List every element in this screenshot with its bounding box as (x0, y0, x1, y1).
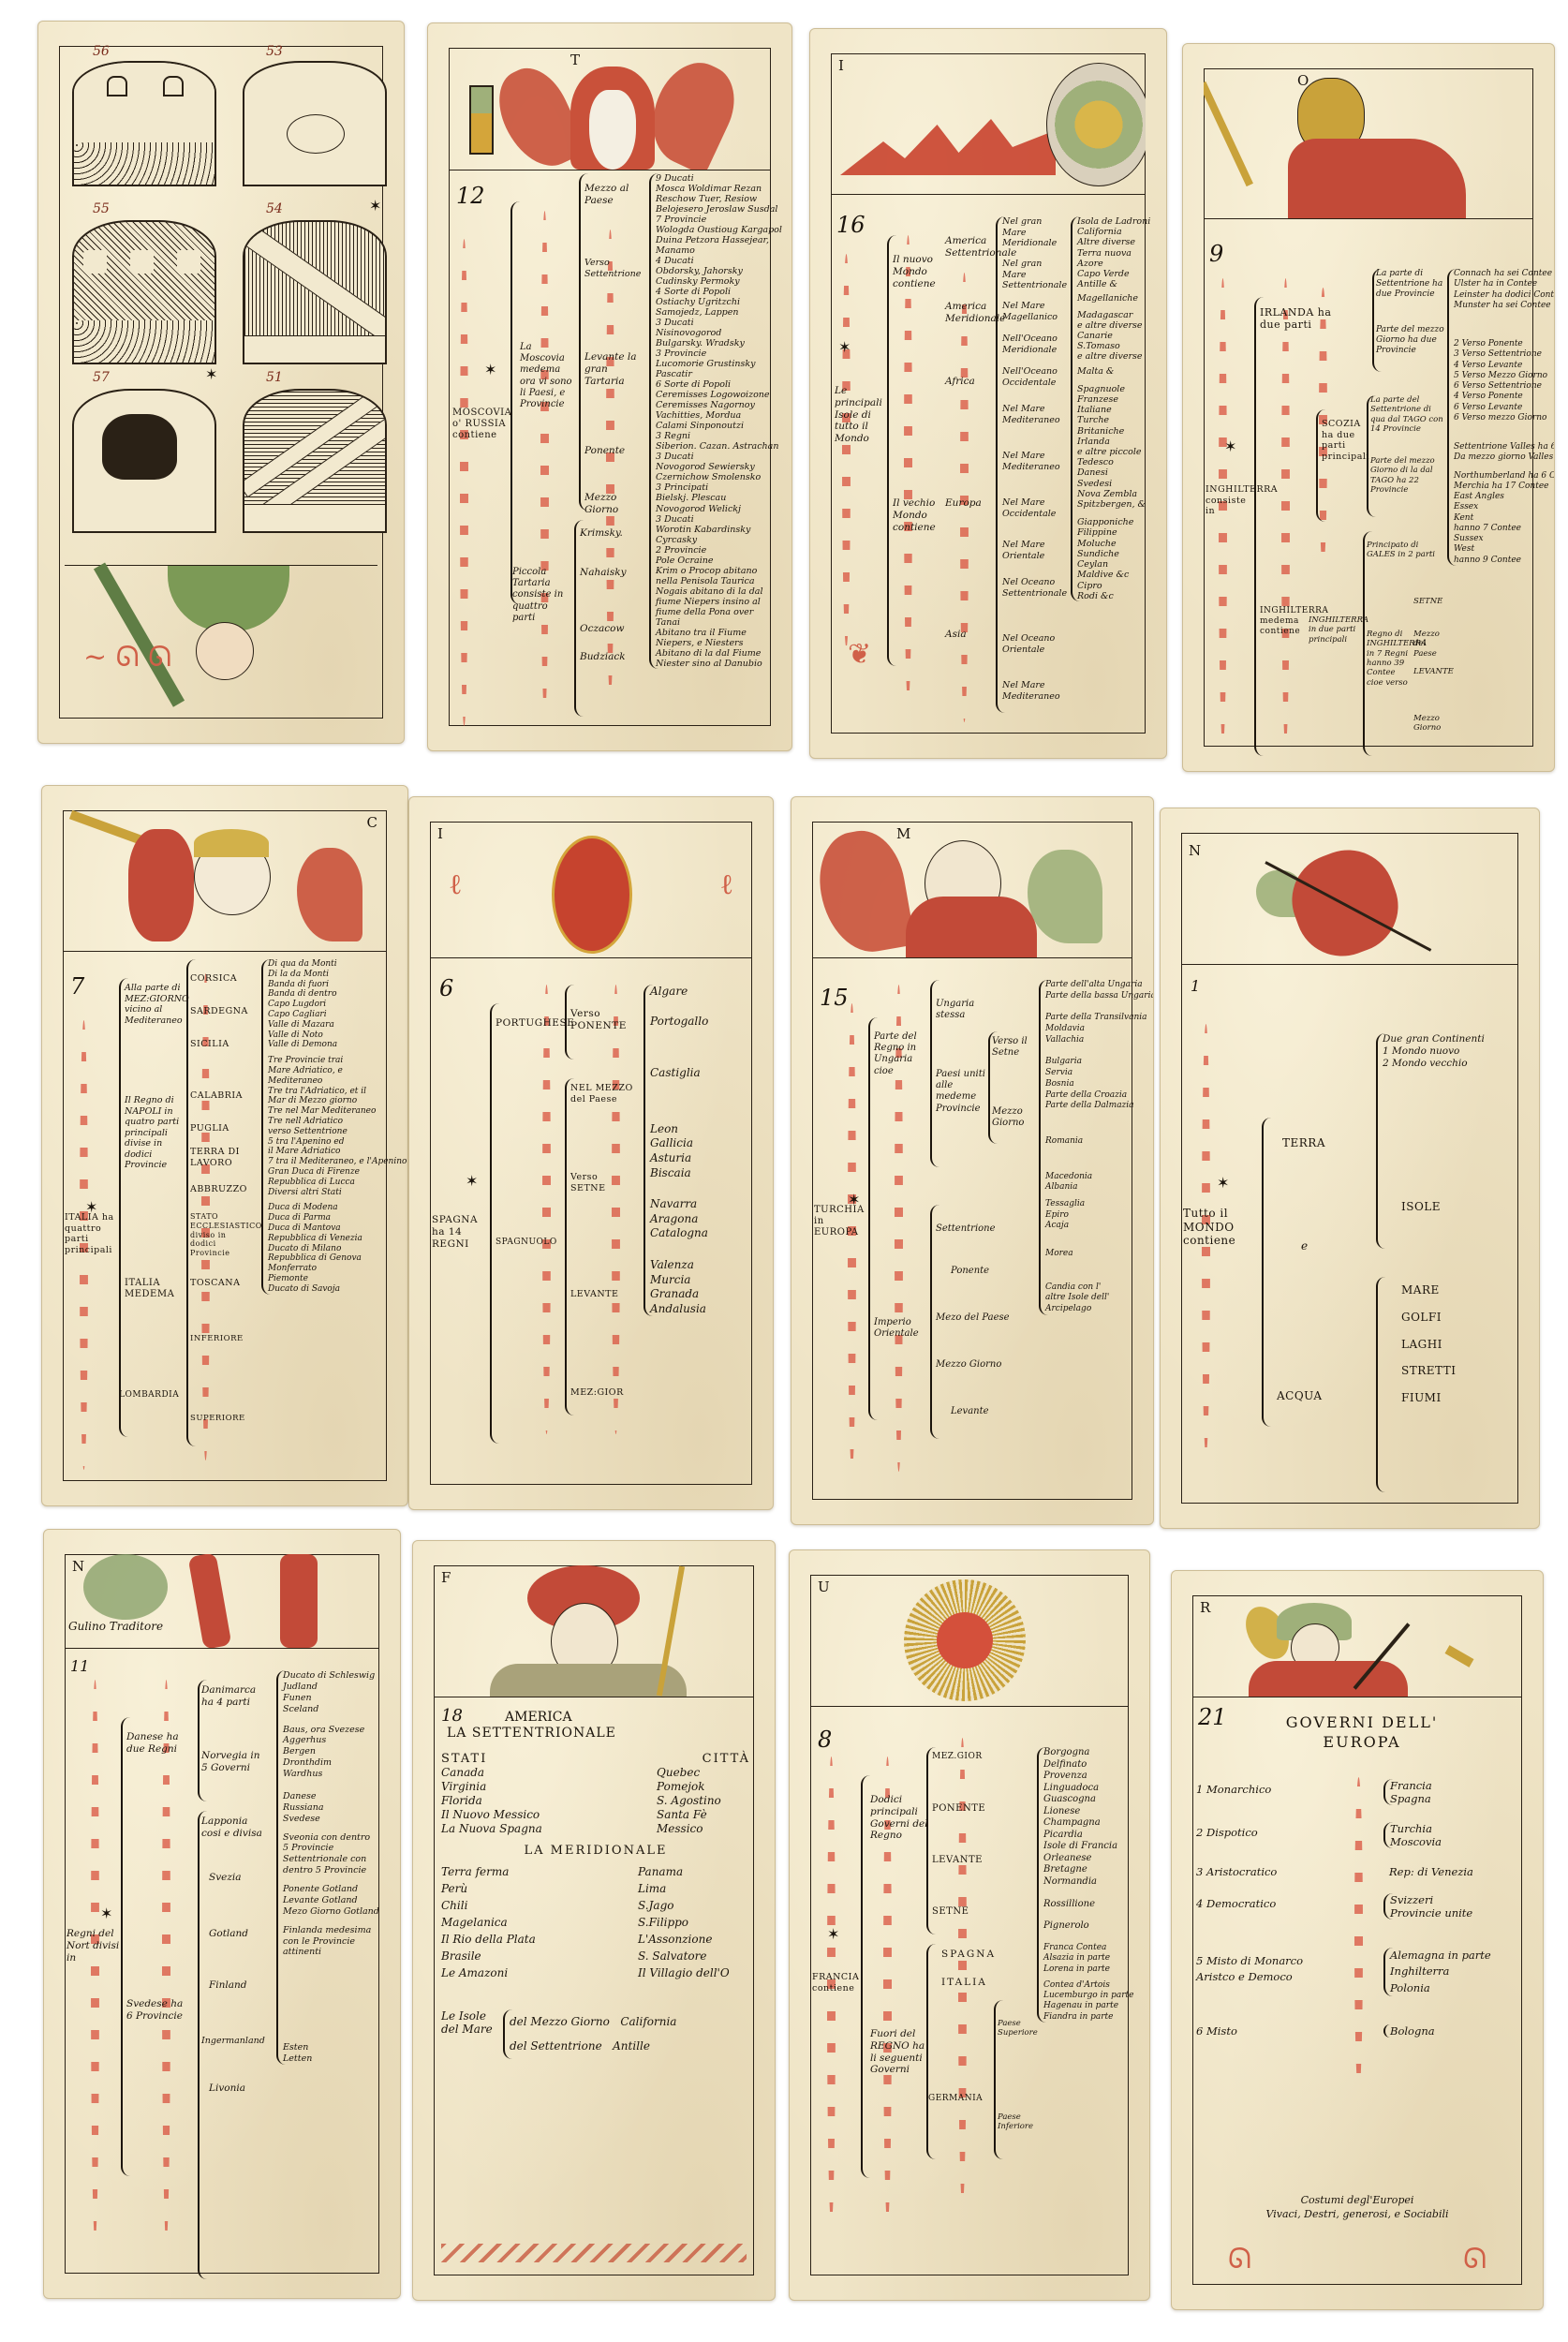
root-label: Tutto il MONDO contiene (1183, 1207, 1258, 1248)
branch-label: America Settentrionale (945, 235, 997, 259)
card-governi[interactable]: R 21 GOVERNI DELL' EUROPA 1 Monarchico F… (1171, 1570, 1544, 2310)
hierarchy-tree: MOSCOVIA o' RUSSIA contiene La Moscovia … (452, 173, 769, 722)
group-label: La Moscovia medema ora vi sono li Paesi,… (520, 342, 576, 410)
shield-towers (72, 61, 216, 186)
group-label: TERRA (1282, 1136, 1325, 1150)
group-label: Svedese ha 6 Provincie (126, 1998, 185, 2023)
card-spagna[interactable]: I ℓ ℓ 6 ✶ SPAGNA ha 14 REGNI PORTUGHESE … (408, 796, 774, 1510)
leaf-list: Parte dell'alta Ungaria Parte della bass… (1039, 980, 1134, 1315)
star-mark: ✶ (205, 365, 217, 383)
hierarchy-tree: SPAGNA ha 14 REGNI PORTUGHESE SPAGNUOLO … (432, 985, 752, 1481)
group-label: Parte del Regno in Ungaria cioe (874, 1031, 930, 1077)
group-label: Dodici principali Governi del Regno (870, 1794, 931, 1842)
card-heraldic[interactable]: 56 53 55 54 ✶ 57 ✶ 51 (37, 21, 405, 744)
wave-border (441, 2244, 747, 2262)
branch-label: Nahaisky (580, 567, 627, 579)
branch-label: Ponente (584, 445, 641, 457)
card-illustration: M (812, 822, 1132, 958)
group-label: Fuori del REGNO ha li seguenti Governi (870, 2028, 931, 2076)
card-illustration: N (1181, 833, 1518, 965)
leaf-list: Borgogna Delfinato Provenza Linguadoca G… (1037, 1747, 1137, 2023)
shield-grid: 56 53 55 54 ✶ 57 ✶ 51 (65, 52, 377, 557)
group-label: Il nuovo Mondo contiene (893, 254, 945, 289)
root-label: TURCHIA in EUROPA (814, 1205, 866, 1239)
group-label: Il vechio Mondo contiene (893, 497, 945, 533)
branch-label: Oczacow (580, 623, 624, 635)
shield-number: 51 (266, 370, 283, 385)
card-letter: M (896, 825, 910, 842)
leaf-list: Ducato di Schleswig Judland Funen Scelan… (276, 1670, 386, 2065)
branch-label: Levante la gran Tartaria (584, 351, 641, 387)
title: AMERICA (505, 1710, 572, 1725)
shield-number: 57 (93, 370, 110, 385)
card-number: 9 (1209, 241, 1223, 267)
shield-elephant (72, 389, 216, 533)
card-letter: N (1189, 842, 1201, 859)
branch-label: Mezzo al Paese (584, 183, 641, 207)
hierarchy-tree: TURCHIA in EUROPA Parte del Regno in Ung… (814, 980, 1132, 1496)
root-label: FRANCIA contiene (812, 1972, 859, 1994)
card-illustration: I ℓ ℓ (430, 822, 752, 958)
card-illustration: O (1204, 68, 1533, 219)
card-illustration: I (831, 53, 1146, 195)
shield-tree (243, 61, 387, 186)
card-letter: R (1200, 1599, 1210, 1616)
star-mark: ✶ (369, 197, 381, 215)
shield-battlements (72, 220, 216, 364)
hierarchy-tree: INGHILTERRA consiste in IRLANDA ha due p… (1206, 269, 1533, 743)
caption: Gulino Traditore (68, 1620, 163, 1633)
leaf-list: Due gran Continenti 1 Mondo nuovo 2 Mond… (1376, 1033, 1495, 1249)
branch-label: America Meridionale (945, 301, 997, 325)
branch-label: Mezzo Giorno (584, 492, 641, 516)
card-turchia[interactable]: M 15 ✶ TURCHIA in EUROPA Parte del Regno… (791, 796, 1154, 1525)
card-illustration: C (63, 810, 387, 952)
hierarchy-tree: Tutto il MONDO contiene TERRA e ACQUA Du… (1183, 996, 1518, 1500)
col-states-header: STATI (441, 1752, 487, 1766)
group-label: PORTUGHESE (496, 1017, 566, 1030)
leaf-list: Isola de Ladroni California Altre divers… (1071, 216, 1157, 601)
moon-face (552, 836, 632, 954)
branch-label: Verso Settentrione (584, 258, 645, 279)
subtitle: LA SETTENTRIONALE (447, 1726, 750, 1741)
card-letter: F (441, 1569, 451, 1586)
group-label: IRLANDA ha due parti (1260, 306, 1335, 332)
hierarchy-tree: Regni del Nort divisi in Danese ha due R… (67, 1670, 379, 2270)
connector-label: e (1301, 1239, 1309, 1253)
root-label: Regni del Nort divisi in (67, 1928, 121, 1964)
root-label: Le principali Isole di tutto il Mondo (835, 385, 887, 445)
branch-label: Africa (945, 376, 975, 388)
hierarchy-tree: FRANCIA contiene Dodici principali Gover… (812, 1738, 1129, 2272)
branch-label: Europa (945, 497, 982, 510)
card-illustration: N Gulino Traditore (65, 1554, 379, 1649)
card-francia[interactable]: U 8 ✶ FRANCIA contiene Dodici principali… (789, 1549, 1150, 2301)
leaf-list: Di qua da Monti Di la da Monti Banda di … (261, 959, 390, 1295)
root-label: ITALIA ha quattro parti principali (65, 1212, 119, 1255)
group-label: Il Regno di NAPOLI in quatro parti princ… (125, 1095, 183, 1171)
card-letter: I (437, 825, 443, 842)
group-label: Piccola Tartaria consiste in quattro par… (512, 567, 572, 624)
card-letter: I (838, 57, 844, 74)
card-illustration: U (810, 1575, 1129, 1707)
shield-number: 54 (266, 201, 283, 216)
costumi-footer: Costumi degl'Europei Vivaci, Destri, gen… (1200, 2194, 1515, 2222)
card-illustration: R (1192, 1595, 1522, 1697)
leaf-list: MARE GOLFI LAGHI STRETTI FIUMI (1376, 1277, 1495, 1492)
col-cities-header: CITTÀ (703, 1752, 750, 1766)
card-america[interactable]: F 18 AMERICA LA SETTENTRIONALE STATI CIT… (412, 1540, 776, 2301)
card-isole[interactable]: I 16 ✶ Le principali Isole di tutto il M… (809, 28, 1167, 759)
group-label: ACQUA (1277, 1389, 1323, 1403)
shield-number: 56 (93, 44, 110, 59)
branch-label: Krimsky. (580, 527, 623, 540)
group-label: INGHILTERRA medema contiene (1260, 606, 1314, 637)
card-illustration: F (434, 1565, 754, 1697)
card-letter: C (367, 814, 377, 831)
card-italia[interactable]: C 7 ✶ ITALIA ha quattro parti principali… (41, 785, 408, 1506)
leaf-list: Connach ha sei Contee Ulster ha in Conte… (1447, 269, 1540, 566)
hierarchy-tree: ITALIA ha quattro parti principali Alla … (65, 959, 387, 1477)
governi-title: GOVERNI DELL' EUROPA (1209, 1713, 1515, 1753)
group-label: LOMBARDIA (119, 1390, 179, 1401)
leaf-list: Algare Portogallo Castiglia Leon Gallici… (643, 985, 748, 1316)
shield-number: 53 (266, 44, 283, 59)
group-label: Alla parte di MEZ:GIORNO vicino al Medit… (125, 983, 183, 1026)
card-moscovia[interactable]: T 12 ✶ MOSCOVIA o' RUSSIA contiene La Mo… (427, 22, 792, 751)
root-label: MOSCOVIA o' RUSSIA contiene (452, 408, 510, 442)
leaf-list: 9 Ducati Mosca Woldimar Rezan Reschow Tu… (649, 173, 777, 669)
shield-bend-cross (243, 389, 387, 533)
islands-block: Le Isole del Mare del Mezzo Giorno Calif… (441, 2009, 750, 2059)
group-label: SPAGNUOLO (496, 1238, 557, 1248)
card-letter: T (570, 52, 580, 68)
flourish: ❦ (848, 638, 871, 671)
card-mondo[interactable]: N 1 ✶ Tutto il MONDO contiene TERRA e AC… (1160, 808, 1540, 1529)
branch-label: Asia (945, 629, 967, 641)
root-label: SPAGNA ha 14 REGNI (432, 1214, 486, 1250)
shield-number: 55 (93, 201, 110, 216)
hierarchy-tree: Le principali Isole di tutto il Mondo Il… (835, 216, 1146, 730)
america-header: 18 AMERICA LA SETTENTRIONALE (441, 1706, 750, 1741)
group-label: Imperio Orientale (874, 1317, 930, 1340)
group-label: ITALIA MEDEMA (125, 1278, 183, 1300)
inverted-knight-figure: ~ ᘏ ᘏ (65, 565, 377, 715)
south-title: LA MERIDIONALE (441, 1844, 750, 1858)
card-number: 18 (441, 1706, 463, 1726)
group-label: SCOZIA ha due parti principali (1322, 419, 1370, 462)
card-illustration: T (449, 48, 771, 170)
root-label: INGHILTERRA consiste in (1206, 484, 1252, 517)
card-nord[interactable]: N Gulino Traditore 11 ✶ Regni del Nort d… (43, 1529, 401, 2299)
shield-bend (243, 220, 387, 364)
card-inghilterra[interactable]: O 9 ✶ INGHILTERRA consiste in IRLANDA ha… (1182, 43, 1555, 772)
card-letter: U (818, 1579, 830, 1595)
branch-label: Budziack (580, 651, 626, 663)
flourish: ~ ᘏ ᘏ (83, 641, 171, 674)
card-letter: N (72, 1558, 84, 1575)
card-number: 1 (1191, 977, 1200, 995)
states-cities-table: STATI CITTÀ Canada Virginia Florida Il N… (441, 1752, 750, 2059)
group-label: Danese ha due Regni (126, 1731, 185, 1756)
